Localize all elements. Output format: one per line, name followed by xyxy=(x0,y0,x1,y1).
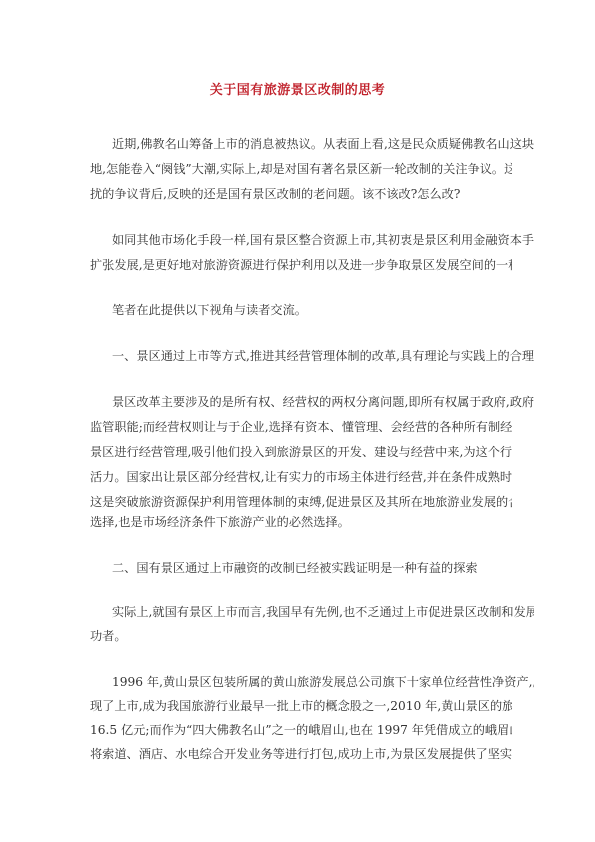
paragraph-5-line-4: 活力。国家出让景区部分经营权,让有实力的市场主体进行经营,并在条件成熟时争取上市… xyxy=(90,469,512,485)
paragraph-7-line-1: 实际上,就国有景区上市而言,我国早有先例,也不乏通过上市促进景区改制和发展的成 xyxy=(112,604,534,620)
paragraph-5-line-6: 选择,也是市场经济条件下旅游产业的必然选择。 xyxy=(90,514,512,530)
paragraph-5-line-2: 监管职能;而经营权则让与于企业,选择有资本、懂管理、会经营的各种所有制经济单位进… xyxy=(90,419,512,435)
section-heading-1: 一、景区通过上市等方式,推进其经营管理体制的改革,具有理论与实践上的合理性 xyxy=(112,348,534,364)
paragraph-2-line-1: 如同其他市场化手段一样,国有景区整合资源上市,其初衷是景区利用金融资本手段实现 xyxy=(112,232,534,248)
paragraph-1-line-3: 扰的争议背后,反映的还是国有景区改制的老问题。该不该改?怎么改? xyxy=(90,186,512,202)
paragraph-8-line-1: 1996 年,黄山景区包装所属的黄山旅游发展总公司旗下十家单位经营性净资产,成功… xyxy=(112,674,534,690)
paragraph-1-line-2: 地,怎能卷入“阕钱”大潮,实际上,却是对国有著名景区新一轮改制的关注争议。这场纷… xyxy=(90,161,512,177)
document-title: 关于国有旅游景区改制的思考 xyxy=(0,79,595,98)
paragraph-5-line-5: 这是突破旅游资源保护利用管理体制的束缚,促进景区及其所在地旅游业发展的合情合理的 xyxy=(90,494,512,510)
paragraph-8-line-3: 16.5 亿元;而作为“四大佛教名山”之一的峨眉山,也在 1997 年凭借成立的… xyxy=(90,722,512,738)
section-heading-2: 二、国有景区通过上市融资的改制已经被实践证明是一种有益的探索 xyxy=(112,560,534,576)
paragraph-2-line-2: 扩张发展,是更好地对旅游资源进行保护利用以及进一步争取景区发展空间的一种方式。 xyxy=(90,257,512,273)
paragraph-3-line-1: 笔者在此提供以下视角与读者交流。 xyxy=(112,302,534,318)
paragraph-1-line-1: 近期,佛教名山筹备上市的消息被热议。从表面上看,这是民众质疑佛教名山这块清净之 xyxy=(112,136,534,152)
paragraph-8-line-2: 现了上市,成为我国旅游行业最早一批上市的概念股之一,2010 年,黄山景区的旅游… xyxy=(90,698,512,714)
paragraph-5-line-1: 景区改革主要涉及的是所有权、经营权的两权分离问题,即所有权属于政府,政府保留了 xyxy=(112,394,534,410)
paragraph-5-line-3: 景区进行经营管理,吸引他们投入到旅游景区的开发、建设与经营中来,为这个行业注入新… xyxy=(90,444,512,460)
paragraph-8-line-4: 将索道、酒店、水电综合开发业务等进行打包,成功上市,为景区发展提供了坚实的保障,… xyxy=(90,746,512,762)
paragraph-7-line-2: 功者。 xyxy=(90,628,512,644)
